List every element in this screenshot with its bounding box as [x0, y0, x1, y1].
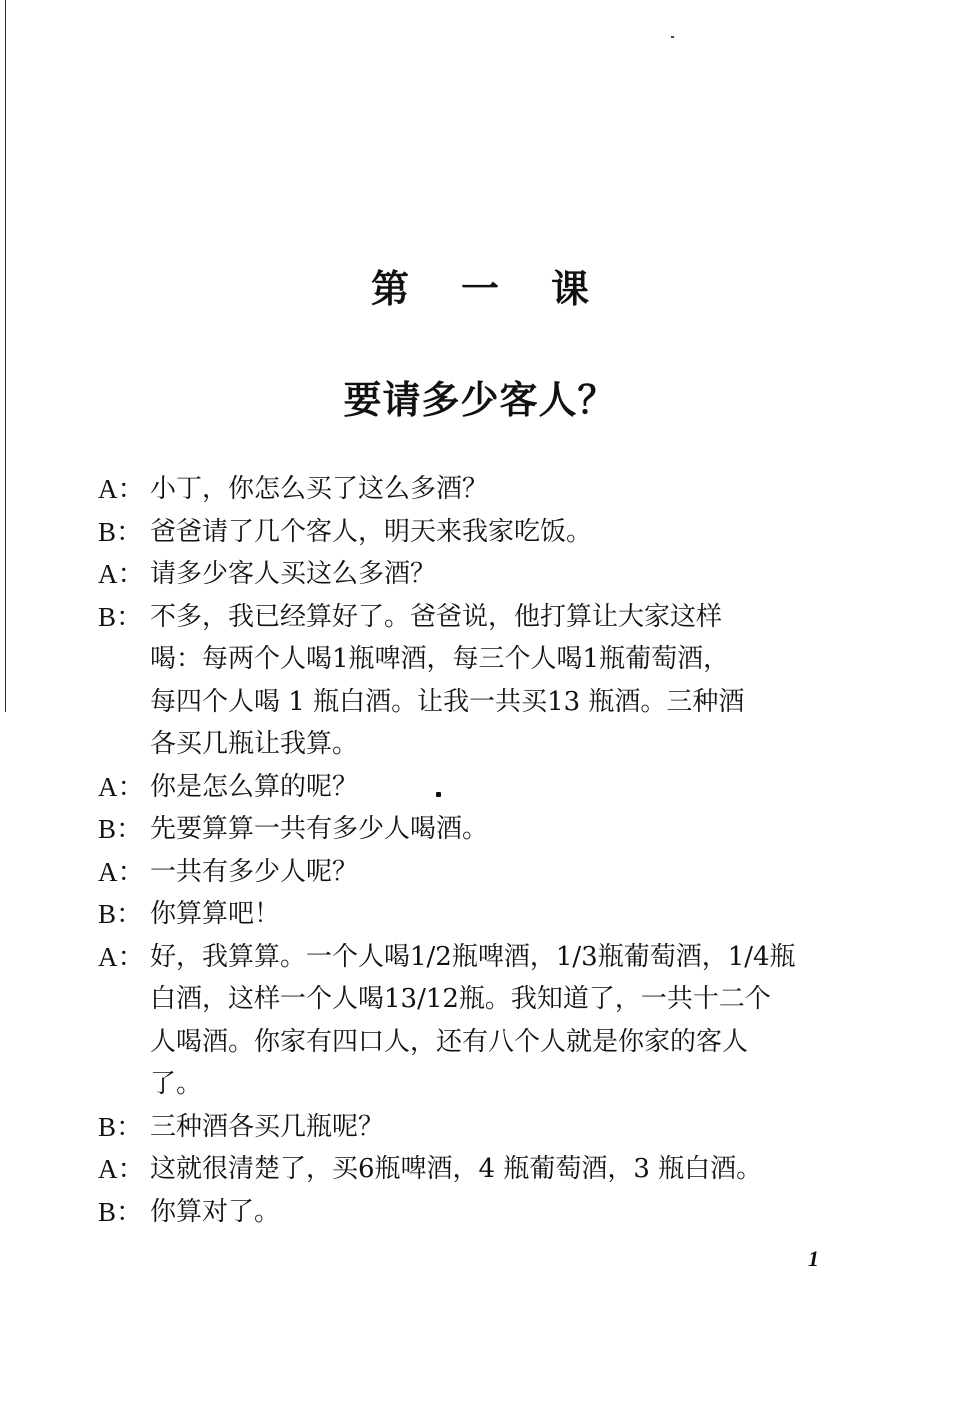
dialogue-line: 喝：每两个人喝1瓶啤酒，每三个人喝1瓶葡萄酒，: [150, 638, 828, 681]
speaker-label: B：: [98, 808, 150, 851]
dialogue-turn: A： 请多少客人买这么多酒？: [98, 553, 828, 596]
dialogue-line: 你算算吧！: [150, 893, 828, 936]
dialogue-turn: B： 爸爸请了几个客人，明天来我家吃饭。: [98, 511, 828, 554]
dialogue-line: 白酒，这样一个人喝13/12瓶。我知道了，一共十二个: [150, 978, 828, 1021]
dialogue-turn: B： 你算算吧！: [98, 893, 828, 936]
speaker-label: A：: [98, 468, 150, 511]
dialogue-turn: A： 你是怎么算的呢？: [98, 766, 828, 809]
scan-dot: [436, 792, 441, 797]
speaker-label: A：: [98, 553, 150, 596]
dialogue-turn: A： 好，我算算。一个人喝1/2瓶啤酒，1/3瓶葡萄酒，1/4瓶 白酒，这样一个…: [98, 936, 828, 1106]
dialogue-line: 先要算算一共有多少人喝酒。: [150, 808, 828, 851]
dialogue-turn: B： 先要算算一共有多少人喝酒。: [98, 808, 828, 851]
dialogue-line: 好，我算算。一个人喝1/2瓶啤酒，1/3瓶葡萄酒，1/4瓶: [150, 936, 828, 979]
dialogue-turn: B： 三种酒各买几瓶呢？: [98, 1106, 828, 1149]
dialogue-line: 请多少客人买这么多酒？: [150, 553, 828, 596]
speaker-label: B：: [98, 1191, 150, 1234]
speaker-label: A：: [98, 1148, 150, 1191]
page-number: 1: [808, 1246, 819, 1272]
dialogue-line: 小丁，你怎么买了这么多酒？: [150, 468, 828, 511]
lesson-title-heading: 要请多少客人？: [0, 375, 960, 425]
speaker-label: B：: [98, 893, 150, 936]
dialogue-line: 各买几瓶让我算。: [150, 723, 828, 766]
dialogue-line: 你是怎么算的呢？: [150, 766, 828, 809]
dialogue-line: 三种酒各买几瓶呢？: [150, 1106, 828, 1149]
speaker-label: A：: [98, 936, 150, 979]
speaker-label: A：: [98, 766, 150, 809]
speaker-label: A：: [98, 851, 150, 894]
lesson-number-heading: 第一课: [0, 264, 960, 314]
speaker-label: B：: [98, 596, 150, 639]
dialogue-turn: A： 这就很清楚了，买6瓶啤酒，4 瓶葡萄酒，3 瓶白酒。: [98, 1148, 828, 1191]
dialogue-turn: B： 不多，我已经算好了。爸爸说，他打算让大家这样 喝：每两个人喝1瓶啤酒，每三…: [98, 596, 828, 766]
dialogue-line: 了。: [150, 1063, 828, 1106]
dialogue-turn: A： 小丁，你怎么买了这么多酒？: [98, 468, 828, 511]
page-binding-edge: [5, 0, 6, 712]
speaker-label: B：: [98, 1106, 150, 1149]
speaker-label: B：: [98, 511, 150, 554]
dialogue-line: 一共有多少人呢？: [150, 851, 828, 894]
dialogue-line: 爸爸请了几个客人，明天来我家吃饭。: [150, 511, 828, 554]
dialogue-turn: B： 你算对了。: [98, 1191, 828, 1234]
scan-speck: [671, 36, 674, 38]
dialogue-turn: A： 一共有多少人呢？: [98, 851, 828, 894]
dialogue-line: 不多，我已经算好了。爸爸说，他打算让大家这样: [150, 596, 828, 639]
dialogue-line: 每四个人喝 1 瓶白酒。让我一共买13 瓶酒。三种酒: [150, 681, 828, 724]
dialogue: A： 小丁，你怎么买了这么多酒？ B： 爸爸请了几个客人，明天来我家吃饭。 A：…: [98, 468, 828, 1233]
dialogue-line: 这就很清楚了，买6瓶啤酒，4 瓶葡萄酒，3 瓶白酒。: [150, 1148, 828, 1191]
dialogue-line: 你算对了。: [150, 1191, 828, 1234]
dialogue-line: 人喝酒。你家有四口人，还有八个人就是你家的客人: [150, 1021, 828, 1064]
